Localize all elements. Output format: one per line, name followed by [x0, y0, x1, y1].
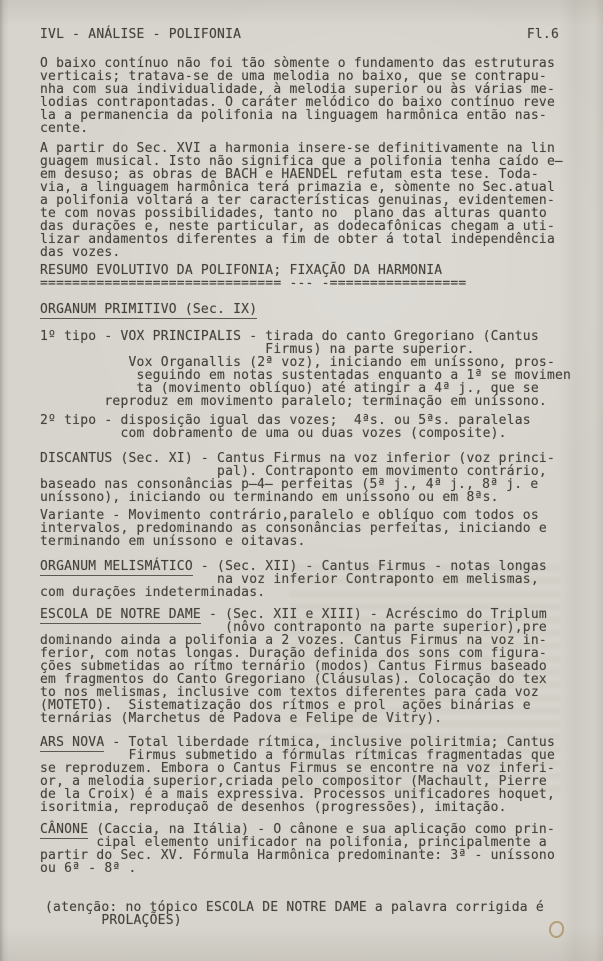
paragraph-text: - (Sec. XII e XIII) - Acréscimo do Tripl… — [40, 607, 547, 726]
section-title: ORGANUM PRIMITIVO (Sec. IX) — [40, 302, 257, 319]
paragraph-text: - Total liberdade rítmica, inclusive pol… — [40, 735, 555, 815]
heading-text: RESUMO EVOLUTIVO DA POLIFONIA; FIXAÇÃO D… — [40, 263, 466, 291]
section-canone: CÂNONE (Caccia, na Itália) - O cânone e … — [40, 823, 587, 875]
paragraph-text: (Caccia, na Itália) - O cânone e sua apl… — [40, 822, 555, 876]
paragraph-tipo-2: 2º tipo - disposição igual das vozes; 4ª… — [40, 414, 587, 440]
paragraph-text: DISCANTUS (Sec. XI) - Cantus Firmus na v… — [40, 451, 555, 505]
footnote: (atenção: no tópico ESCOLA DE NOTRE DAME… — [45, 901, 587, 927]
section-escola-notre-dame: ESCOLA DE NOTRE DAME - (Sec. XII e XIII)… — [40, 608, 587, 725]
paragraph-tipo-1: 1º tipo - VOX PRINCIPALIS - tirada do ca… — [40, 330, 587, 408]
paragraph-variante: Variante - Movimento contrário,paralelo … — [40, 509, 587, 548]
paragraph-text: 2º tipo - disposição igual das vozes; 4ª… — [40, 413, 531, 441]
heading-organum-primitivo: ORGANUM PRIMITIVO (Sec. IX) — [40, 303, 587, 316]
paragraph-discantus: DISCANTUS (Sec. XI) - Cantus Firmus na v… — [40, 452, 587, 504]
heading-resumo-evolutivo: RESUMO EVOLUTIVO DA POLIFONIA; FIXAÇÃO D… — [40, 264, 587, 290]
stain-ring — [548, 920, 565, 939]
paragraph-baixo-continuo: O baixo contínuo não foi tão sòmente o f… — [40, 57, 587, 135]
paragraph-text: Variante - Movimento contrário,paralelo … — [40, 508, 547, 549]
paragraph-text: O baixo contínuo não foi tão sòmente o f… — [40, 56, 555, 136]
header-spacer — [241, 28, 527, 41]
document-page: IVL - ANÁLISE - POLIFONIA Fl.6 O baixo c… — [0, 0, 603, 961]
page-number: Fl.6 — [527, 28, 559, 41]
paragraph-sec-xvi: A partir do Sec. XVI a harmonia insere-s… — [40, 142, 587, 259]
footnote-text: (atenção: no tópico ESCOLA DE NOTRE DAME… — [45, 900, 544, 928]
page-header-title: IVL - ANÁLISE - POLIFONIA — [40, 28, 241, 41]
section-ars-nova: ARS NOVA - Total liberdade rítmica, incl… — [40, 736, 587, 814]
page-header: IVL - ANÁLISE - POLIFONIA Fl.6 — [40, 28, 587, 41]
paragraph-text: A partir do Sec. XVI a harmonia insere-s… — [40, 141, 563, 260]
paragraph-text: 1º tipo - VOX PRINCIPALIS - tirada do ca… — [40, 329, 571, 409]
section-organum-melismatico: ORGANUM MELISMÁTICO - (Sec. XII) - Cantu… — [40, 560, 587, 599]
